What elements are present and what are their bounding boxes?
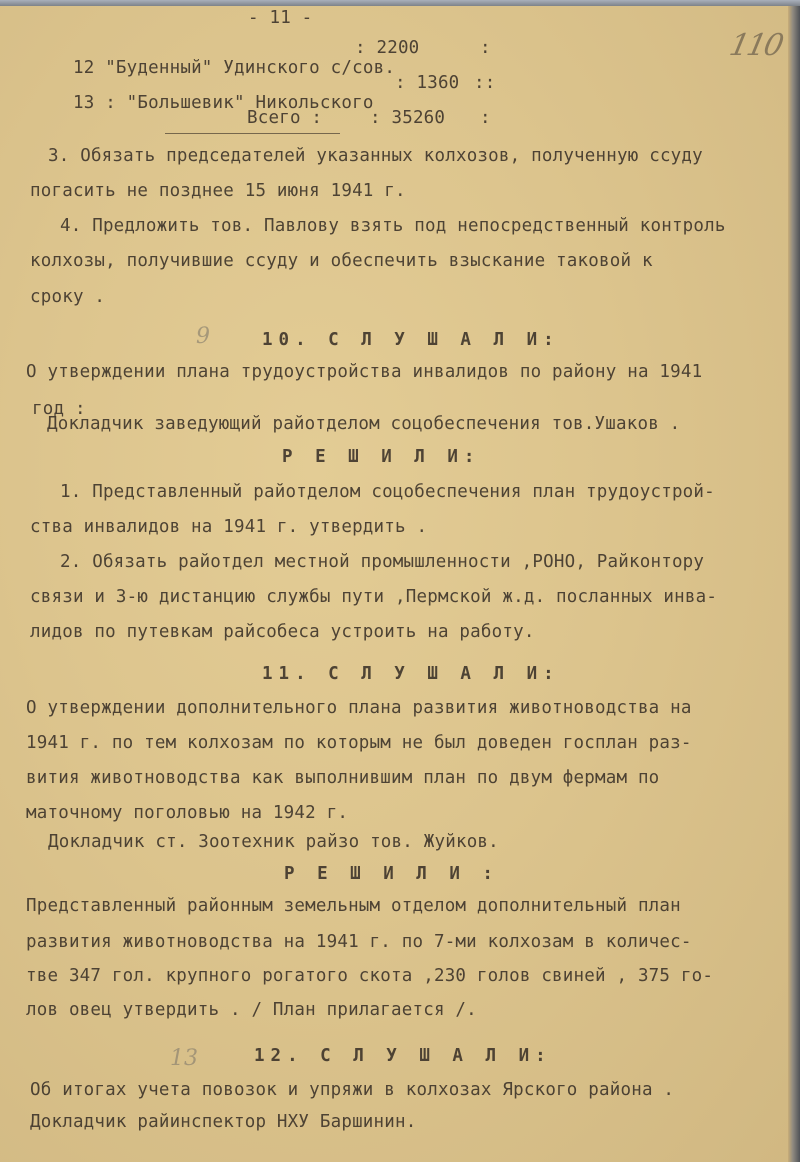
section-11-decision-line-2: развития животноводства на 1941 г. по 7-… <box>26 932 692 952</box>
row-name: : "Большевик" Никольского <box>105 93 373 113</box>
section-12-heading: 12. С Л У Ш А Л И: <box>254 1046 552 1066</box>
section-10-decision-1-line-1: 1. Представленный райотделом соцобеспече… <box>60 482 715 502</box>
section-10-heading: 10. С Л У Ш А Л И: <box>262 330 560 350</box>
item-4-line-3: сроку . <box>30 287 105 307</box>
section-12-reporter: Докладчик райинспектор НХУ Баршинин. <box>30 1112 417 1132</box>
row-value: : 1360 <box>395 73 459 93</box>
section-10-decision-1-line-2: ства инвалидов на 1941 г. утвердить . <box>30 517 427 537</box>
item-3-line-2: погасить не позднее 15 июня 1941 г. <box>30 181 406 201</box>
row-value: : 2200 <box>355 38 419 58</box>
section-11-text-1: О утверждении дополнительного плана разв… <box>26 698 692 718</box>
section-11-decision-line-1: Представленный районным земельным отдело… <box>26 896 681 916</box>
section-11-reporter: Докладчик ст. Зоотехник райзо тов. Жуйко… <box>48 832 499 852</box>
section-10-decision-2-line-2: связи и 3-ю дистанцию службы пути ,Пермс… <box>30 587 717 607</box>
section-11-decision-line-4: лов овец утвердить . / План прилагается … <box>26 1000 477 1020</box>
folio-number: 110 <box>726 28 785 63</box>
handwritten-mark: 13 <box>170 1046 198 1071</box>
row-trail: :: <box>474 73 495 93</box>
page-header: - 11 - <box>248 8 312 28</box>
item-4-line-1: 4. Предложить тов. Павлову взять под неп… <box>60 216 726 236</box>
section-11-heading: 11. С Л У Ш А Л И: <box>262 664 560 684</box>
section-11-decision-line-3: тве 347 гол. крупного рогатого скота ,23… <box>26 966 713 986</box>
item-3-line-1: 3. Обязать председателей указанных колхо… <box>48 146 703 166</box>
section-12-text-1: Об итогах учета повозок и упряжи в колхо… <box>30 1080 674 1100</box>
section-10-decision-2-line-3: лидов по путевкам райсобеса устроить на … <box>30 622 535 642</box>
total-rule <box>165 133 340 134</box>
total-trail: : <box>480 108 491 128</box>
section-11-text-4: маточному поголовью на 1942 г. <box>26 803 348 823</box>
section-11-text-2: 1941 г. по тем колхозам по которым не бы… <box>26 733 692 753</box>
section-11-text-3: вития животноводства как выполнившим пла… <box>26 768 659 788</box>
scan-right-edge <box>788 6 800 1162</box>
item-4-line-2: колхозы, получившие ссуду и обеспечить в… <box>30 251 653 271</box>
handwritten-mark: 9 <box>196 324 210 349</box>
row-trail: : <box>480 38 491 58</box>
section-11-decided: Р Е Ш И Л И : <box>284 864 499 884</box>
total-value: : 35260 <box>370 108 445 128</box>
total-label: Всего : <box>247 108 322 128</box>
document-page: 110 - 11 - 12 "Буденный" Удинского с/сов… <box>0 6 788 1162</box>
section-10-decided: Р Е Ш И Л И: <box>282 447 480 467</box>
section-10-reporter: Докладчик заведующий райотделом соцобесп… <box>47 414 680 434</box>
row-number: 13 <box>73 93 94 113</box>
section-10-text-1: О утверждении плана трудоустройства инва… <box>26 362 702 382</box>
section-10-decision-2-line-1: 2. Обязать райотдел местной промышленнос… <box>60 552 704 572</box>
